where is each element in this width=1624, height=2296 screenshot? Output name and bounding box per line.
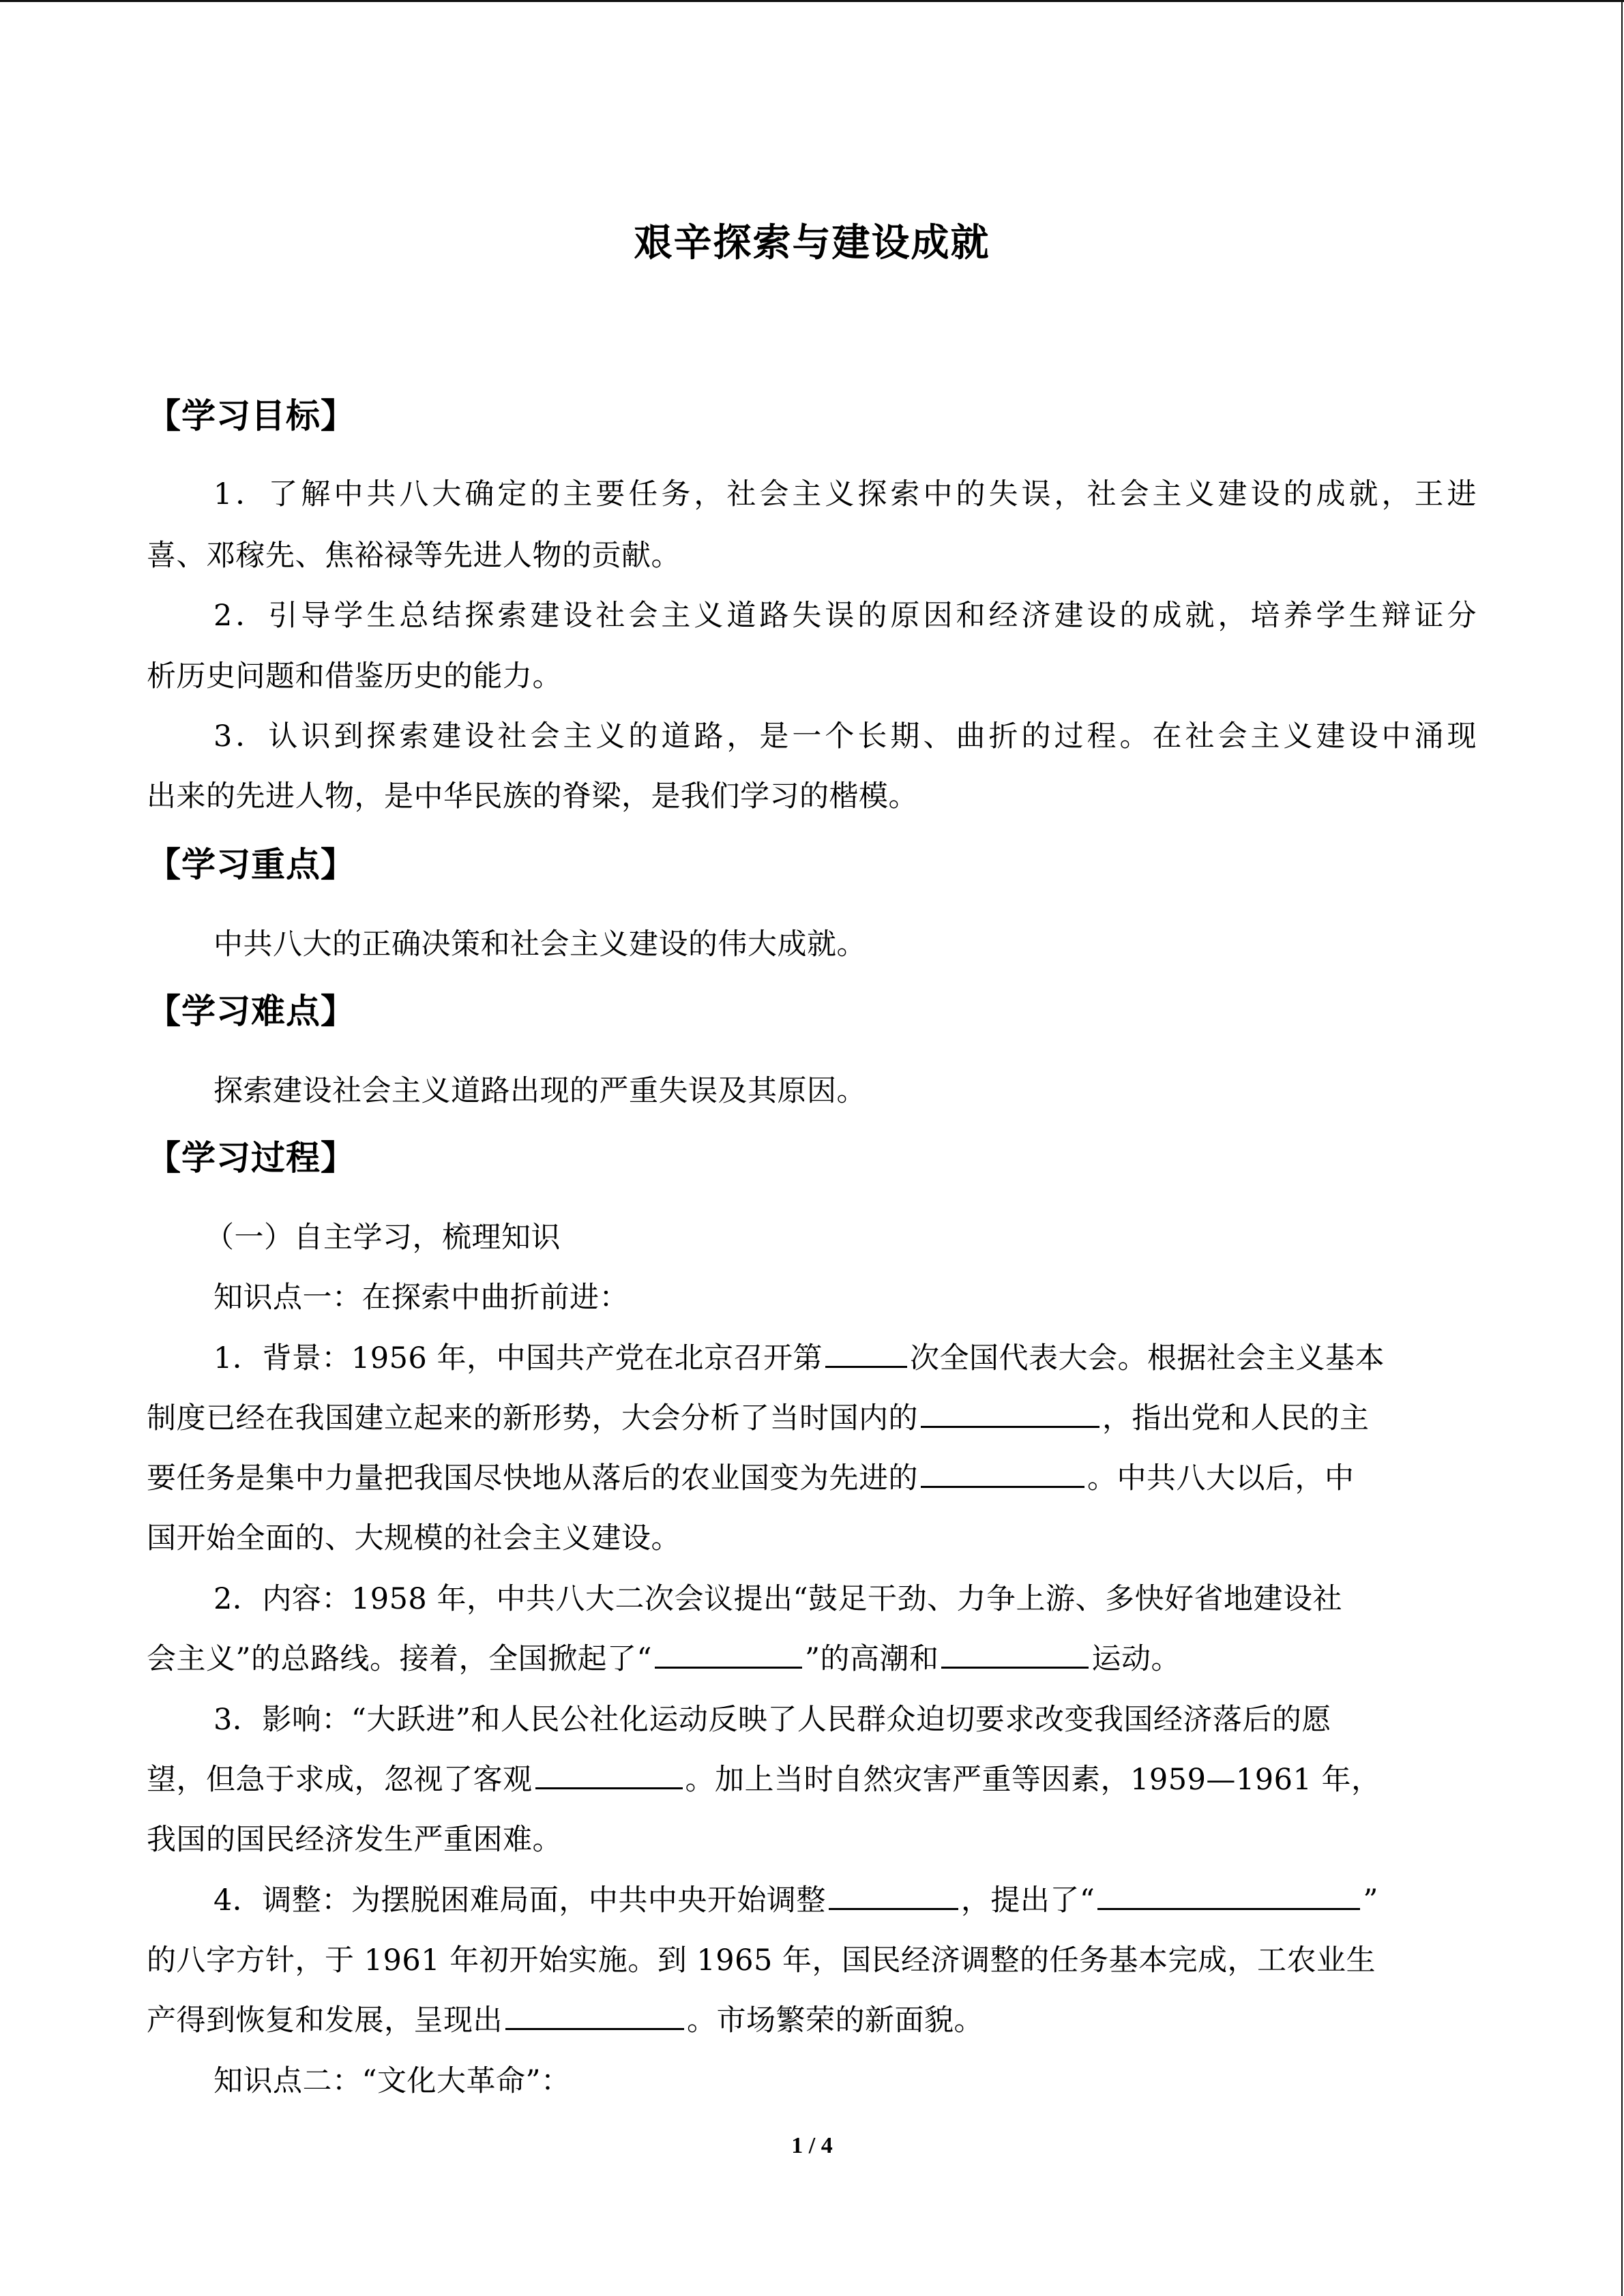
process-subheading: （一）自主学习，梳理知识 (205, 1217, 1535, 1258)
objective-1-line-1: 1．了解中共八大确定的主要任务，社会主义探索中的失误，社会主义建设的成就，王进 (213, 474, 1477, 515)
objective-2-line-2: 析历史问题和借鉴历史的能力。 (147, 656, 1477, 697)
fill-in-blank[interactable] (1097, 1881, 1360, 1910)
text-segment: 会主义”的总路线。接着，全国掀起了“ (147, 1642, 652, 1676)
objective-2-line-1: 2．引导学生总结探索建设社会主义道路失误的原因和经济建设的成就，培养学生辩证分 (213, 595, 1477, 636)
key-points-text: 中共八大的正确决策和社会主义建设的伟大成就。 (213, 924, 1477, 965)
text-segment: 。加上当时自然灾害严重等因素，1959—1961 年， (685, 1763, 1381, 1797)
section-heading-key-points: 【学习重点】 (147, 837, 355, 886)
kp1-item-2-line-2: 会主义”的总路线。接着，全国掀起了“”的高潮和运动。 (147, 1639, 1477, 1680)
section-heading-objectives: 【学习目标】 (147, 389, 355, 438)
kp1-item-1-line-3: 要任务是集中力量把我国尽快地从落后的农业国变为先进的。中共八大以后，中 (147, 1458, 1477, 1499)
objective-3-line-1: 3．认识到探索建设社会主义的道路，是一个长期、曲折的过程。在社会主义建设中涌现 (213, 716, 1477, 757)
text-segment: 产得到恢复和发展，呈现出 (147, 2003, 503, 2038)
kp1-item-3-line-3: 我国的国民经济发生严重困难。 (147, 1819, 1477, 1860)
text-segment: 制度已经在我国建立起来的新形势，大会分析了当时国内的 (147, 1401, 918, 1435)
section-heading-difficulties: 【学习难点】 (147, 984, 355, 1033)
text-segment: ，指出党和人民的主 (1102, 1401, 1370, 1435)
document-title: 艰辛探索与建设成就 (0, 213, 1624, 267)
kp1-item-4-line-1: 4．调整：为摆脱困难局面，中共中央开始调整，提出了“” (213, 1880, 1477, 1921)
difficulties-text: 探索建设社会主义道路出现的严重失误及其原因。 (213, 1071, 1477, 1112)
text-segment: ” (1363, 1883, 1378, 1918)
page-indicator: 1 / 4 (0, 2133, 1624, 2159)
fill-in-blank[interactable] (921, 1399, 1099, 1428)
text-segment: 次全国代表大会。根据社会主义基本 (910, 1341, 1385, 1375)
text-segment: 4．调整：为摆脱困难局面，中共中央开始调整 (213, 1883, 826, 1918)
document-page: 艰辛探索与建设成就 【学习目标】 1．了解中共八大确定的主要任务，社会主义探索中… (0, 0, 1624, 2296)
fill-in-blank[interactable] (535, 1760, 683, 1789)
knowledge-point-2-label: 知识点二：“文化大革命”： (213, 2061, 1477, 2102)
text-segment: 1．背景：1956 年，中国共产党在北京召开第 (213, 1341, 823, 1375)
fill-in-blank[interactable] (921, 1459, 1084, 1488)
text-segment: 望，但急于求成，忽视了客观 (147, 1763, 533, 1797)
objective-1-line-2: 喜、邓稼先、焦裕禄等先进人物的贡献。 (147, 535, 1477, 576)
kp1-item-2-line-1: 2．内容：1958 年，中共八大二次会议提出“鼓足干劲、力争上游、多快好省地建设… (213, 1579, 1477, 1620)
text-segment: ”的高潮和 (805, 1642, 939, 1676)
objective-3-line-2: 出来的先进人物，是中华民族的脊梁，是我们学习的楷模。 (147, 776, 1477, 817)
kp1-item-1-line-4: 国开始全面的、大规模的社会主义建设。 (147, 1518, 1477, 1559)
kp1-item-3-line-1: 3．影响：“大跃进”和人民公社化运动反映了人民群众迫切要求改变我国经济落后的愿 (213, 1699, 1477, 1740)
text-segment: 运动。 (1091, 1642, 1181, 1676)
kp1-item-4-line-2: 的八字方针，于 1961 年初开始实施。到 1965 年，国民经济调整的任务基本… (147, 1940, 1477, 1981)
text-segment: 。中共八大以后，中 (1087, 1461, 1355, 1495)
knowledge-point-1-label: 知识点一：在探索中曲折前进： (213, 1277, 1477, 1318)
text-segment: ，提出了“ (961, 1883, 1095, 1918)
fill-in-blank[interactable] (825, 1339, 907, 1368)
kp1-item-3-line-2: 望，但急于求成，忽视了客观。加上当时自然灾害严重等因素，1959—1961 年， (147, 1759, 1477, 1800)
fill-in-blank[interactable] (829, 1881, 958, 1910)
text-segment: 。市场繁荣的新面貌。 (687, 2003, 984, 2038)
kp1-item-4-line-3: 产得到恢复和发展，呈现出。市场繁荣的新面貌。 (147, 2000, 1477, 2041)
text-segment: 要任务是集中力量把我国尽快地从落后的农业国变为先进的 (147, 1461, 918, 1495)
fill-in-blank[interactable] (655, 1639, 802, 1669)
kp1-item-1-line-1: 1．背景：1956 年，中国共产党在北京召开第次全国代表大会。根据社会主义基本 (213, 1338, 1477, 1379)
kp1-item-1-line-2: 制度已经在我国建立起来的新形势，大会分析了当时国内的，指出党和人民的主 (147, 1398, 1477, 1439)
section-heading-process: 【学习过程】 (147, 1131, 355, 1180)
fill-in-blank[interactable] (505, 2001, 684, 2030)
fill-in-blank[interactable] (941, 1639, 1089, 1669)
